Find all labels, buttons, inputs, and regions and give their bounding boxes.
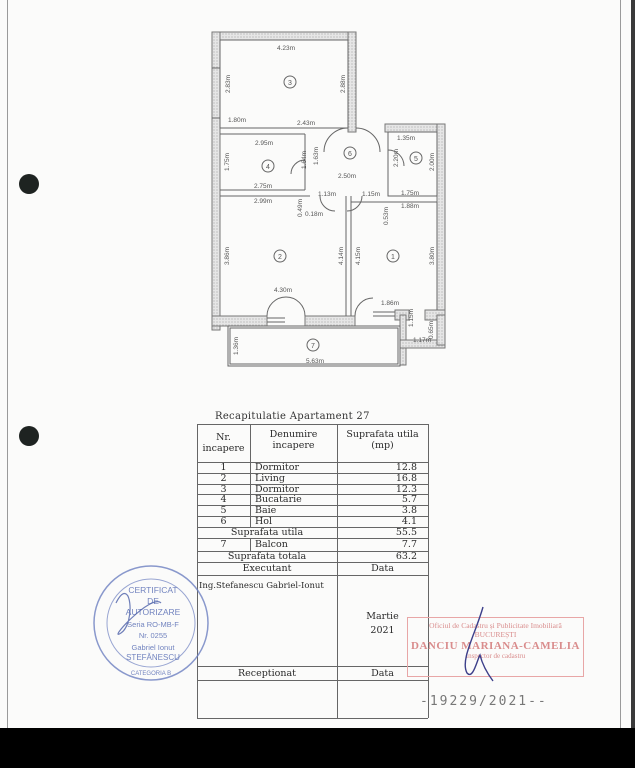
dimension-label: 0.53m bbox=[383, 207, 390, 225]
dimension-label: 4.30m bbox=[274, 287, 292, 294]
balcony-name: Balcon bbox=[255, 539, 335, 550]
room-number: 7 bbox=[311, 343, 315, 350]
total-area-value: 63.2 bbox=[337, 551, 417, 562]
dimension-label: 1.15m bbox=[408, 309, 415, 327]
room-number: 1 bbox=[391, 254, 395, 261]
room-name: Baie bbox=[255, 505, 335, 516]
page-edge bbox=[631, 0, 635, 728]
svg-text:CATEGORIA B: CATEGORIA B bbox=[131, 671, 171, 677]
room-name: Dormitor bbox=[255, 462, 335, 473]
dimension-label: 1.75m bbox=[401, 190, 419, 197]
area-summary-table: Nr. incapere Denumire incapere Suprafata… bbox=[197, 424, 428, 718]
dimension-label: 4.23m bbox=[277, 45, 295, 52]
dimension-label: 0.65m bbox=[428, 321, 435, 339]
header-nr: Nr. incapere bbox=[197, 432, 250, 454]
executant-date-label: Data bbox=[337, 563, 428, 574]
table-title: Recapitulatie Apartament 27 bbox=[215, 411, 370, 422]
registration-number: -19229/2021-- bbox=[420, 694, 548, 709]
dimension-label: 1.35m bbox=[397, 135, 415, 142]
dimension-label: 1.64m bbox=[301, 151, 308, 169]
dimension-label: 2.20m bbox=[393, 149, 400, 167]
room-area: 12.8 bbox=[337, 462, 417, 473]
room-number: 6 bbox=[348, 151, 352, 158]
balcony-area: 7.7 bbox=[337, 539, 417, 550]
dimension-label: 1.13m bbox=[318, 191, 336, 198]
dimension-label: 0.49m bbox=[297, 199, 304, 217]
svg-text:Nr. 0255: Nr. 0255 bbox=[139, 631, 167, 640]
dimension-label: 1.36m bbox=[233, 337, 240, 355]
dimension-label: 2.00m bbox=[429, 153, 436, 171]
executant-label: Executant bbox=[197, 563, 337, 574]
total-area-label: Suprafata totala bbox=[197, 551, 337, 562]
dimension-label: 2.95m bbox=[255, 140, 273, 147]
room-area: 3.8 bbox=[337, 505, 417, 516]
room-nr: 6 bbox=[197, 516, 250, 527]
punch-hole-icon bbox=[19, 426, 39, 446]
dimension-label: 3.80m bbox=[429, 247, 436, 265]
svg-text:Gabriel Ionut: Gabriel Ionut bbox=[132, 643, 176, 652]
header-area: Suprafata utila (mp) bbox=[337, 429, 428, 451]
balcony-nr: 7 bbox=[197, 539, 250, 550]
dimension-label: 1.75m bbox=[224, 153, 231, 171]
executant-name: Ing.Stefanescu Gabriel-Ionut bbox=[199, 581, 337, 592]
room-area: 5.7 bbox=[337, 494, 417, 505]
room-area: 16.8 bbox=[337, 473, 417, 484]
dimension-label: 2.83m bbox=[225, 75, 232, 93]
room-nr: 5 bbox=[197, 505, 250, 516]
svg-text:CERTIFICAT: CERTIFICAT bbox=[128, 585, 177, 595]
background bbox=[0, 728, 635, 768]
room-nr: 4 bbox=[197, 494, 250, 505]
room-name: Bucatarie bbox=[255, 494, 335, 505]
dimension-label: 1.15m bbox=[362, 191, 380, 198]
floor-plan: 3 4 6 5 2 1 7 4.23m 1.80m 2.43m 2.95m 2.… bbox=[0, 0, 635, 400]
room-number: 4 bbox=[266, 164, 270, 171]
dimension-label: 0.18m bbox=[305, 211, 323, 218]
dimension-label: 4.14m bbox=[338, 247, 345, 265]
room-number: 3 bbox=[288, 80, 292, 87]
useful-area-value: 55.5 bbox=[337, 527, 417, 538]
dimension-label: 4.15m bbox=[355, 247, 362, 265]
receptionat-label: Receptionat bbox=[197, 668, 337, 679]
dimension-label: 2.99m bbox=[254, 198, 272, 205]
dimension-label: 5.63m bbox=[306, 358, 324, 365]
document-page: 3 4 6 5 2 1 7 4.23m 1.80m 2.43m 2.95m 2.… bbox=[0, 0, 633, 728]
header-name: Denumire incapere bbox=[250, 429, 337, 451]
dimension-label: 1.88m bbox=[401, 203, 419, 210]
svg-text:Seria RO-MB-F: Seria RO-MB-F bbox=[127, 620, 179, 629]
room-area: 4.1 bbox=[337, 516, 417, 527]
dimension-label: 3.86m bbox=[224, 247, 231, 265]
dimension-label: 2.43m bbox=[297, 120, 315, 127]
room-name: Living bbox=[255, 473, 335, 484]
room-nr: 1 bbox=[197, 462, 250, 473]
dimension-label: 1.63m bbox=[313, 147, 320, 165]
dimension-label: 1.86m bbox=[381, 300, 399, 307]
dimension-label: 1.80m bbox=[228, 117, 246, 124]
room-number: 5 bbox=[414, 156, 418, 163]
room-name: Hol bbox=[255, 516, 335, 527]
useful-area-label: Suprafata utila bbox=[197, 527, 337, 538]
room-nr: 2 bbox=[197, 473, 250, 484]
dimension-label: 2.75m bbox=[254, 183, 272, 190]
dimension-label: 2.50m bbox=[338, 173, 356, 180]
signature-icon bbox=[455, 605, 505, 685]
room-number: 2 bbox=[278, 254, 282, 261]
dimension-label: 2.88m bbox=[340, 75, 347, 93]
svg-text:STEFĂNESCU: STEFĂNESCU bbox=[126, 653, 180, 662]
authorization-stamp: CERTIFICAT DE AUTORIZARE Seria RO-MB-F N… bbox=[91, 563, 211, 683]
